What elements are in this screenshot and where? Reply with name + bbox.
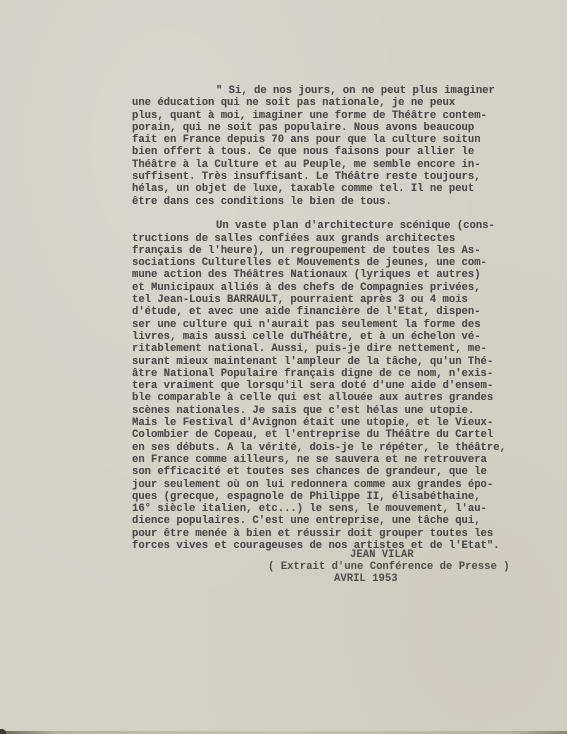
text-line: son efficacité et toutes ses chances de … — [132, 466, 552, 478]
text-line: Théâtre à la Culture et au Peuple, me se… — [132, 159, 552, 171]
text-line: d'étude, et avec une aide financière de … — [132, 306, 552, 318]
text-line: Colombier de Copeau, et l'entreprise du … — [132, 429, 552, 441]
text-line: plus, quant à moi, imaginer une forme de… — [132, 110, 552, 122]
text-line: Mais le Festival d'Avignon était une uto… — [132, 417, 552, 429]
source-note: ( Extrait d'une Conférence de Presse ) — [268, 561, 548, 573]
text-line: scènes nationales. Je sais que c'est hél… — [132, 405, 552, 417]
text-line: Un vaste plan d'architecture scénique (c… — [132, 220, 552, 232]
text-line: âtre National Populaire français digne d… — [132, 368, 552, 380]
author-name: JEAN VILAR — [268, 549, 548, 561]
scan-corner-mark — [0, 729, 6, 734]
signature-block: JEAN VILAR ( Extrait d'une Conférence de… — [268, 549, 548, 586]
date: AVRIL 1953 — [268, 573, 548, 585]
text-line: dience populaires. C'est une entreprise,… — [132, 515, 552, 527]
text-line: tera vraiment que lorsqu'il sera doté d'… — [132, 380, 552, 392]
text-line: pour être menée à bien et réussir doit g… — [132, 528, 552, 540]
text-line: et Municipaux alliés à des chefs de Comp… — [132, 282, 552, 294]
text-line: tel Jean-Louis BARRAULT, pourraient aprè… — [132, 294, 552, 306]
text-line: surant mieux maintenant l'ampleur de la … — [132, 356, 552, 368]
text-line: être dans ces conditions le bien de tous… — [132, 196, 552, 208]
text-line: en ses débuts. A la vérité, dois-je le r… — [132, 442, 552, 454]
text-line: sociations Culturelles et Mouvements de … — [132, 257, 552, 269]
text-line: 16° siècle italien, etc...) le sens, le … — [132, 503, 552, 515]
letter-body: " Si, de nos jours, on ne peut plus imag… — [132, 85, 552, 552]
text-line: en France comme ailleurs, ne se sauvera … — [132, 454, 552, 466]
text-line: livres, mais aussi celle duThéâtre, et à… — [132, 331, 552, 343]
text-line: français de l'heure), un regroupement de… — [132, 245, 552, 257]
text-line: bien offert à tous. Ce que nous faisons … — [132, 146, 552, 158]
text-line: ques (grecque, espagnole de Philippe II,… — [132, 491, 552, 503]
text-line: hélas, un objet de luxe, taxable comme t… — [132, 183, 552, 195]
text-line: mune action des Théâtres Nationaux (lyri… — [132, 269, 552, 281]
paragraph-2: Un vaste plan d'architecture scénique (c… — [132, 220, 552, 552]
text-line: " Si, de nos jours, on ne peut plus imag… — [132, 85, 552, 97]
text-line: suffisent. Très insuffisant. Le Théâtre … — [132, 171, 552, 183]
text-line: ritablement national. Aussi, puis-je dir… — [132, 343, 552, 355]
scanned-page: " Si, de nos jours, on ne peut plus imag… — [0, 0, 567, 734]
text-line: fait en France depuis 70 ans pour que la… — [132, 134, 552, 146]
text-line: porain, qui ne soit pas populaire. Nous … — [132, 122, 552, 134]
paragraph-1: " Si, de nos jours, on ne peut plus imag… — [132, 85, 552, 208]
text-line: tructions de salles confiées aux grands … — [132, 233, 552, 245]
text-line: une éducation qui ne soit pas nationale,… — [132, 97, 552, 109]
text-line: jour seulement où on lui redonnera comme… — [132, 479, 552, 491]
text-line: ser une culture qui n'aurait pas seuleme… — [132, 319, 552, 331]
text-line: ble comparable à celle qui est allouée a… — [132, 392, 552, 404]
